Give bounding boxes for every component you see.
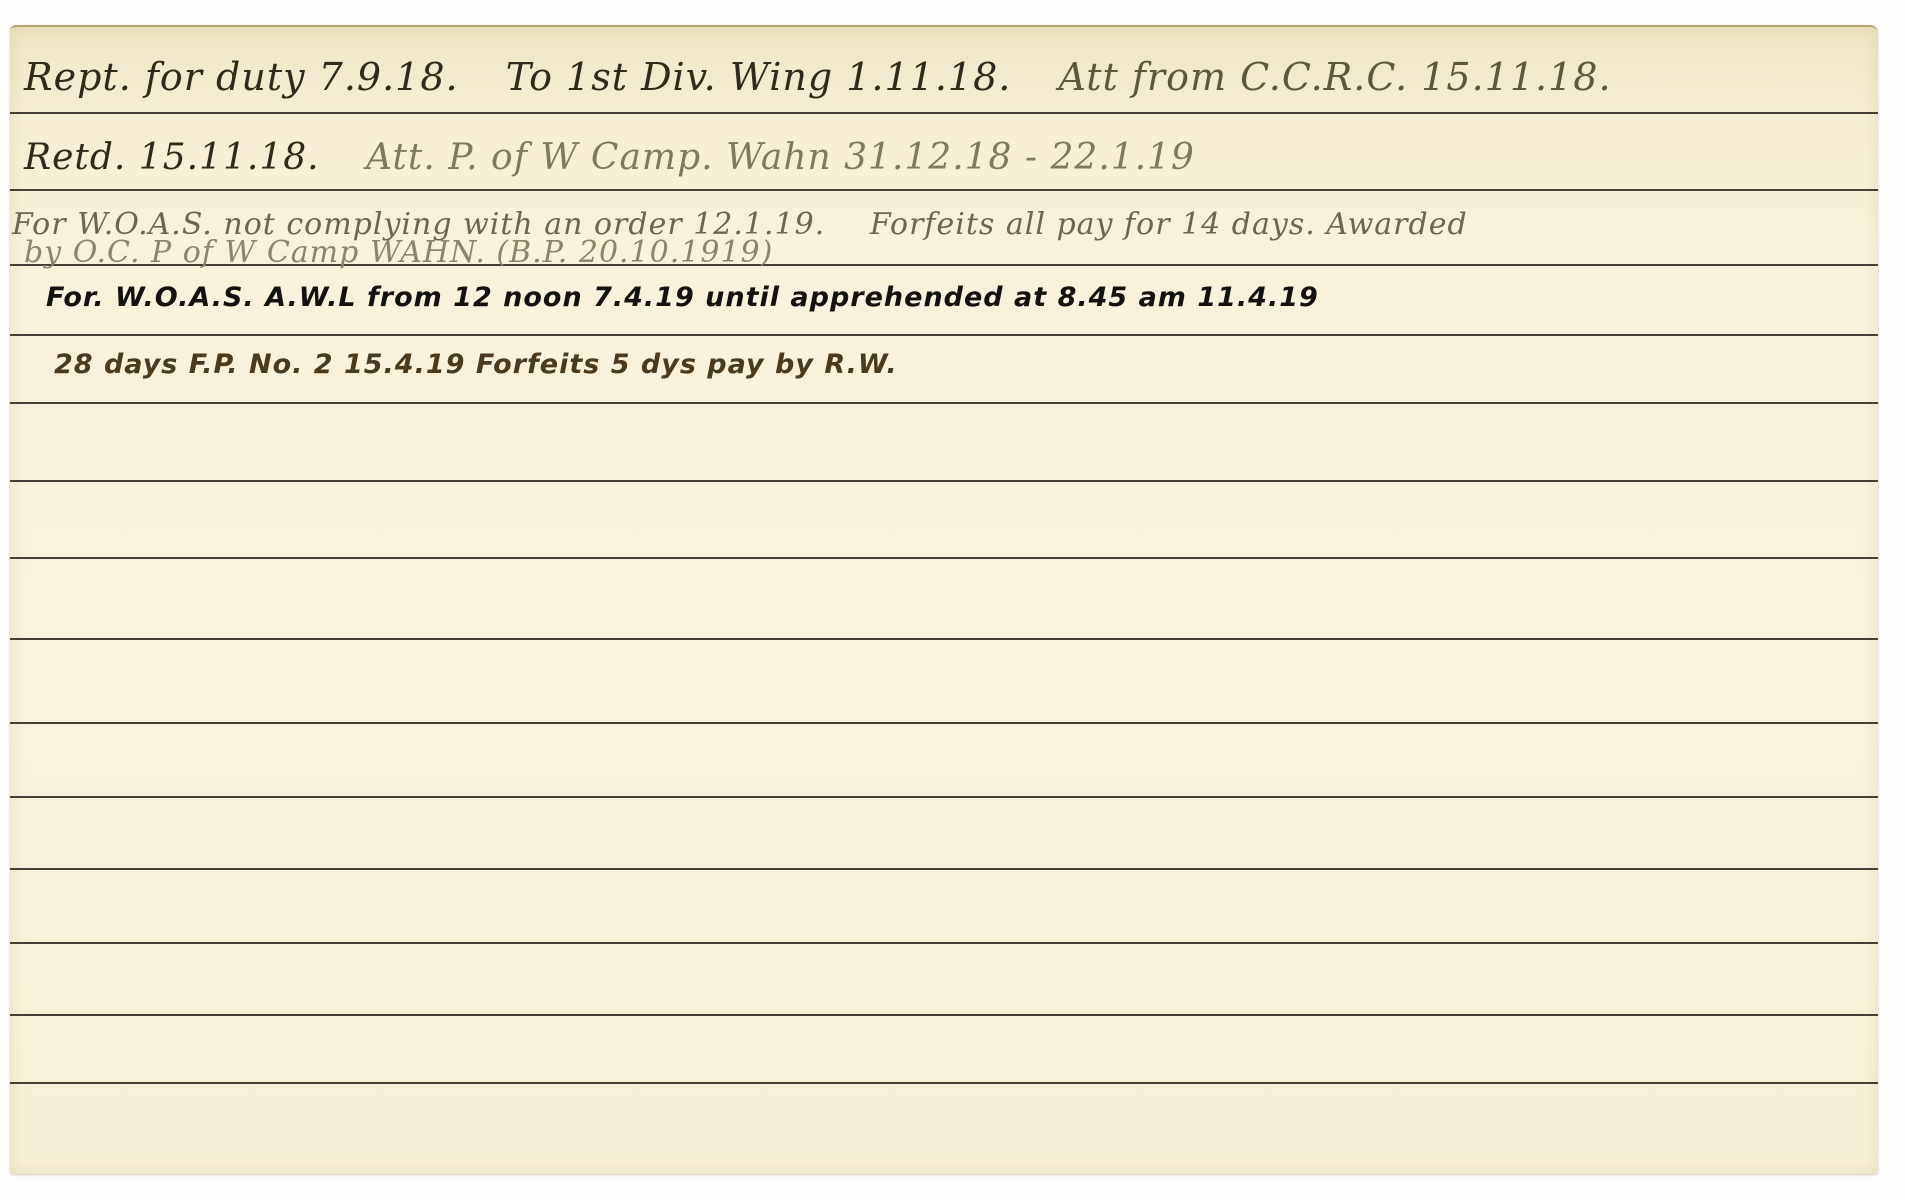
ruled-line bbox=[10, 638, 1878, 640]
entry-line-1: Rept. for duty 7.9.18. To 1st Div. Wing … bbox=[24, 55, 1646, 99]
entry-28-days-fp: 28 days F.P. No. 2 15.4.19 Forfeits 5 dy… bbox=[54, 349, 898, 380]
entry-returned: Retd. 15.11.18. bbox=[24, 137, 320, 178]
ruled-line bbox=[10, 334, 1878, 336]
entry-awl-apprehended: For. W.O.A.S. A.W.L from 12 noon 7.4.19 … bbox=[46, 282, 1319, 313]
entry-att-from-ccrc: Att from C.C.R.C. 15.11.18. bbox=[1058, 55, 1611, 99]
entry-line-4: by O.C. P of W Camp WAHN. (B.P. 20.10.19… bbox=[24, 235, 807, 270]
entry-to-div-wing: To 1st Div. Wing 1.11.18. bbox=[506, 55, 1012, 99]
ruled-line bbox=[10, 112, 1878, 114]
ruled-line bbox=[10, 1014, 1878, 1016]
ruled-line bbox=[10, 722, 1878, 724]
ruled-line bbox=[10, 557, 1878, 559]
ruled-line bbox=[10, 480, 1878, 482]
record-card: Rept. for duty 7.9.18. To 1st Div. Wing … bbox=[10, 25, 1878, 1174]
entry-awarded-by-oc: by O.C. P of W Camp WAHN. (B.P. 20.10.19… bbox=[24, 235, 773, 270]
entry-att-pow-camp: Att. P. of W Camp. Wahn 31.12.18 - 22.1.… bbox=[366, 137, 1195, 178]
entry-forfeits-14-days: Forfeits all pay for 14 days. Awarded bbox=[870, 207, 1468, 242]
ruled-line bbox=[10, 868, 1878, 870]
ruled-line bbox=[10, 1082, 1878, 1084]
entry-reported-for-duty: Rept. for duty 7.9.18. bbox=[24, 55, 459, 99]
ruled-line bbox=[10, 189, 1878, 191]
ruled-line bbox=[10, 796, 1878, 798]
entry-line-6: 28 days F.P. No. 2 15.4.19 Forfeits 5 dy… bbox=[54, 349, 932, 380]
entry-line-5: For. W.O.A.S. A.W.L from 12 noon 7.4.19 … bbox=[46, 282, 1353, 313]
entry-line-2: Retd. 15.11.18. Att. P. of W Camp. Wahn … bbox=[24, 137, 1229, 178]
ruled-line bbox=[10, 942, 1878, 944]
ruled-line bbox=[10, 402, 1878, 404]
